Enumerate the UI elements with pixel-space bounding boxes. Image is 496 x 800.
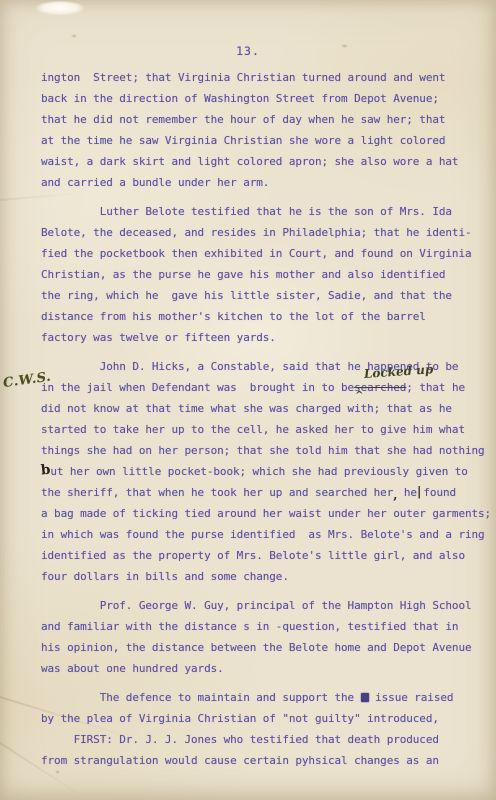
paragraph: Prof. George W. Guy, principal of the Ha… bbox=[41, 595, 493, 679]
document-page: 13. C.W.S. ington Street; that Virginia … bbox=[0, 0, 496, 800]
typed-line: and familiar with the distance s in -que… bbox=[41, 616, 493, 637]
typed-text: in the jail when Defendant was brought i… bbox=[41, 381, 354, 394]
typed-text: ; that he bbox=[406, 381, 465, 394]
typed-text-block: ington Street; that Virginia Christian t… bbox=[41, 67, 493, 771]
typed-line: FIRST: Dr. J. J. Jones who testified tha… bbox=[41, 729, 493, 750]
typed-text: issue raised bbox=[369, 691, 454, 704]
handwritten-comma: , bbox=[393, 485, 397, 506]
typed-text: ut her own little pocket-book; which she… bbox=[50, 465, 467, 478]
typed-line: was about one hundred yards. bbox=[41, 658, 493, 679]
typed-line: Prof. George W. Guy, principal of the Ha… bbox=[41, 595, 493, 616]
paper-speck bbox=[71, 34, 77, 38]
typed-line: the sheriff, that when he took her up an… bbox=[41, 482, 493, 503]
typed-line: by the plea of Virginia Christian of "no… bbox=[41, 708, 493, 729]
typed-line: the ring, which he gave his little siste… bbox=[41, 285, 493, 306]
typed-line: in which was found the purse identified … bbox=[41, 524, 493, 545]
paragraph: John D. Hicks, a Constable, said that he… bbox=[41, 356, 493, 587]
typed-line: at the time he saw Virginia Christian sh… bbox=[41, 130, 493, 151]
typed-line: from strangulation would cause certain p… bbox=[41, 750, 493, 771]
typed-line: distance from his mother's kitchen to th… bbox=[41, 306, 493, 327]
paragraph: The defence to maintain and support the … bbox=[41, 687, 493, 771]
typed-line: his opinion, the distance between the Be… bbox=[41, 637, 493, 658]
page-number: 13. bbox=[0, 44, 496, 58]
typed-line: The defence to maintain and support the … bbox=[41, 687, 493, 708]
typed-line: ington Street; that Virginia Christian t… bbox=[41, 67, 493, 88]
typed-line: four dollars in bills and some change. bbox=[41, 566, 493, 587]
ink-blot: █ bbox=[361, 693, 369, 702]
typed-line: in the jail when Defendant was brought i… bbox=[41, 377, 493, 398]
typed-line: Belote, the deceased, and resides in Phi… bbox=[41, 222, 493, 243]
handwritten-insertion: Locked up bbox=[363, 364, 364, 385]
typed-text: he bbox=[397, 486, 417, 499]
typed-line: and carried a bundle under her arm. bbox=[41, 172, 493, 193]
typed-line: Luther Belote testified that he is the s… bbox=[41, 201, 493, 222]
handwritten-correction: b bbox=[40, 460, 51, 482]
typed-text: The defence to maintain and support the bbox=[41, 691, 361, 704]
typed-line: but her own little pocket-book; which sh… bbox=[41, 461, 493, 482]
paragraph: ington Street; that Virginia Christian t… bbox=[41, 67, 493, 193]
typed-line: identified as the property of Mrs. Belot… bbox=[41, 545, 493, 566]
typed-line: that he did not remember the hour of day… bbox=[41, 109, 493, 130]
paper-tear bbox=[36, 1, 84, 15]
typed-line: Christian, as the purse he gave his moth… bbox=[41, 264, 493, 285]
typed-line: waist, a dark skirt and light colored ap… bbox=[41, 151, 493, 172]
typed-text: the sheriff, that when he took her up an… bbox=[41, 486, 393, 499]
typed-line: fied the pocketbook then exhibited in Co… bbox=[41, 243, 493, 264]
typed-line: factory was twelve or fifteen yards. bbox=[41, 327, 493, 348]
paragraph: Luther Belote testified that he is the s… bbox=[41, 201, 493, 348]
typed-text: found bbox=[417, 486, 456, 499]
typed-line: a bag made of ticking tied around her wa… bbox=[41, 503, 493, 524]
typed-line: started to take her up to the cell, he a… bbox=[41, 419, 493, 440]
typed-line: back in the direction of Washington Stre… bbox=[41, 88, 493, 109]
typed-line: things she had on her person; that she t… bbox=[41, 440, 493, 461]
typed-line: did not know at that time what she was c… bbox=[41, 398, 493, 419]
